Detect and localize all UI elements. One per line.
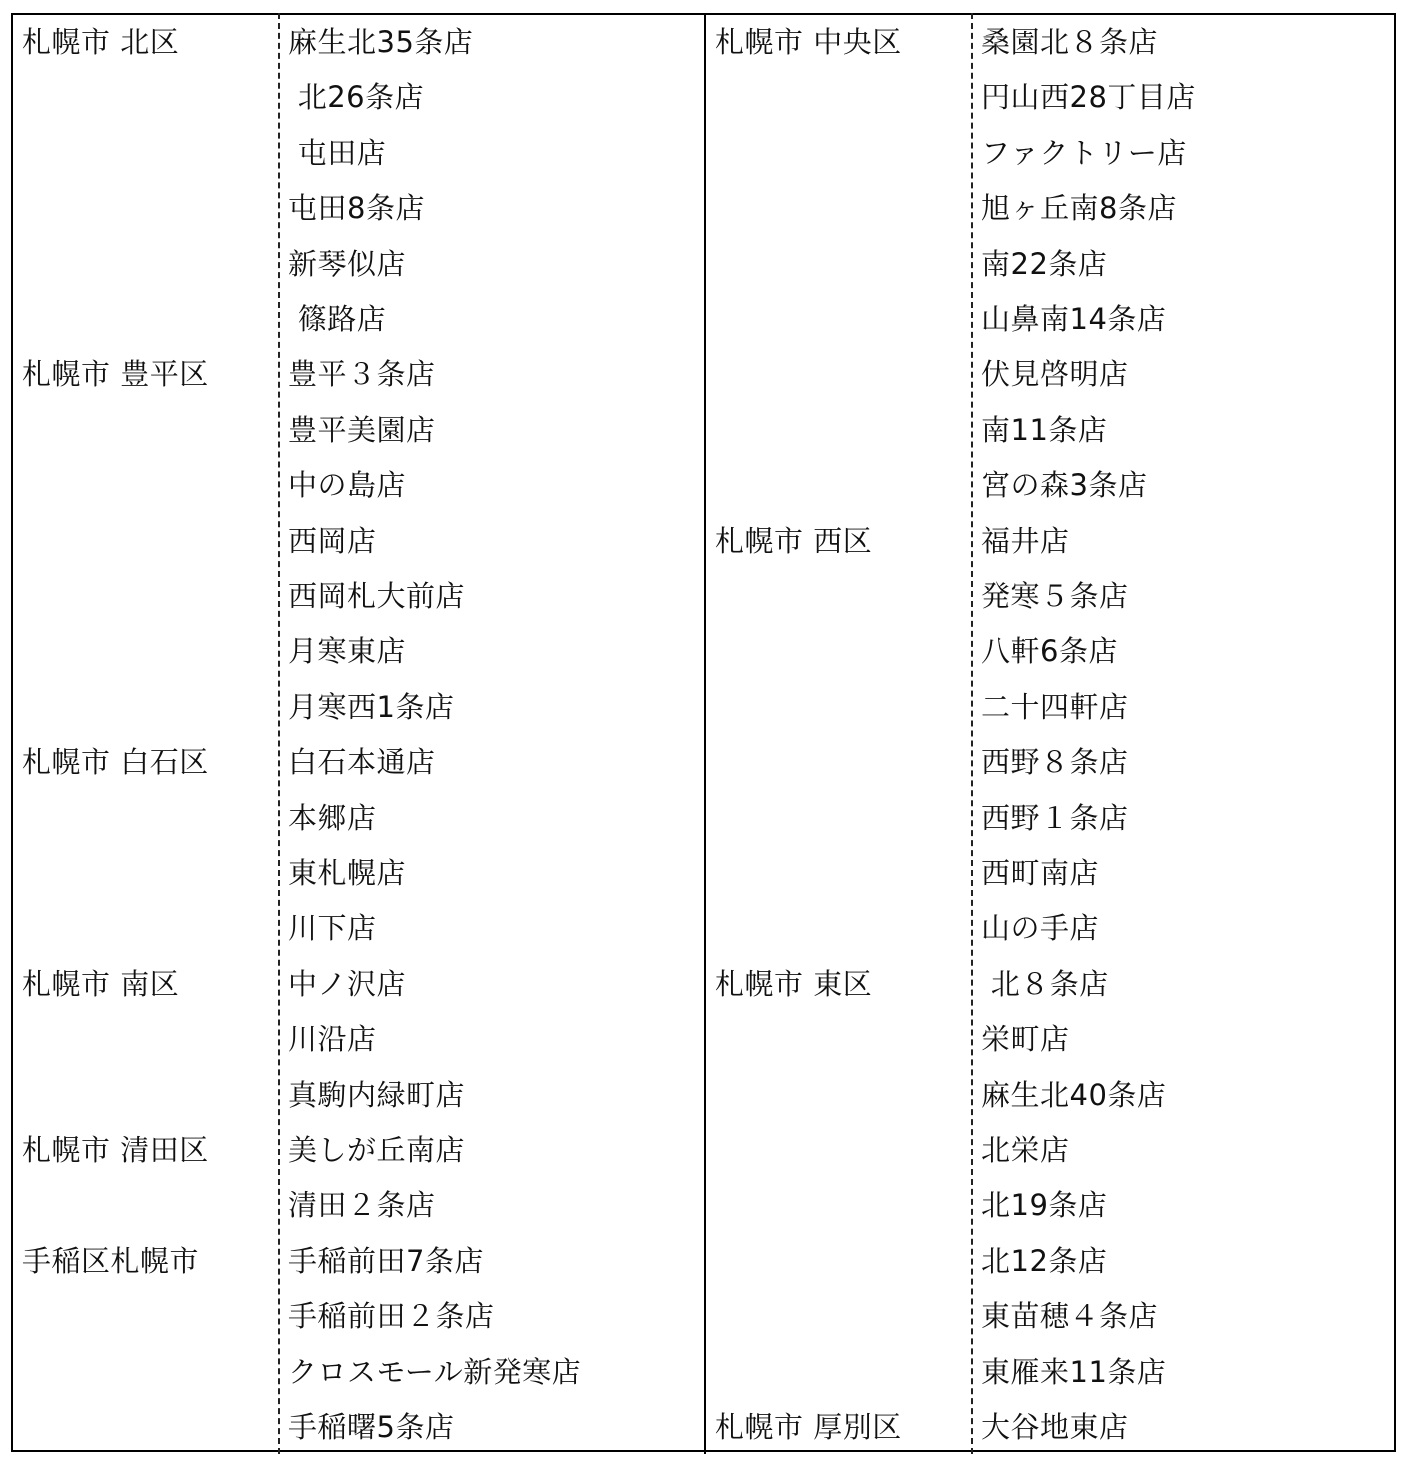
district-label: 札幌市 北区 (22, 15, 179, 70)
store-name: 二十四軒店 (981, 680, 1129, 735)
district-label: 札幌市 南区 (22, 957, 179, 1012)
store-name: 山の手店 (981, 901, 1099, 956)
store-name: 宮の森3条店 (981, 458, 1147, 513)
left-column-divider (278, 13, 280, 1454)
store-name: クロスモール新発寒店 (288, 1345, 581, 1400)
store-name: 西野８条店 (981, 735, 1129, 790)
store-name: 月寒東店 (288, 624, 406, 679)
store-name: 栄町店 (981, 1012, 1070, 1067)
store-name: 真駒内緑町店 (288, 1068, 465, 1123)
store-name: 屯田店 (288, 126, 386, 181)
store-name: 川沿店 (288, 1012, 377, 1067)
store-name: 西岡札大前店 (288, 569, 465, 624)
store-name: 手稲前田２条店 (288, 1289, 495, 1344)
district-label: 手稲区札幌市 (22, 1234, 199, 1289)
district-label: 札幌市 厚別区 (715, 1400, 902, 1455)
store-name: 川下店 (288, 901, 377, 956)
store-name: 手稲前田7条店 (288, 1234, 484, 1289)
store-name: 美しが丘南店 (288, 1123, 465, 1178)
store-name: ファクトリー店 (981, 126, 1187, 181)
store-name: 本郷店 (288, 791, 377, 846)
store-name: 南22条店 (981, 237, 1107, 292)
store-name: 手稲曙5条店 (288, 1400, 454, 1455)
district-label: 札幌市 豊平区 (22, 347, 209, 402)
store-name: 西岡店 (288, 514, 377, 569)
store-name: 東札幌店 (288, 846, 406, 901)
district-label: 札幌市 西区 (715, 514, 872, 569)
store-name: 篠路店 (288, 292, 386, 347)
store-name: 八軒6条店 (981, 624, 1118, 679)
store-name: 豊平３条店 (288, 347, 436, 402)
store-name: 屯田8条店 (288, 181, 425, 236)
district-label: 札幌市 東区 (715, 957, 872, 1012)
center-divider (704, 13, 706, 1454)
store-name: 桑園北８条店 (981, 15, 1158, 70)
store-name: 麻生北35条店 (288, 15, 473, 70)
store-name: 福井店 (981, 514, 1070, 569)
store-name: 麻生北40条店 (981, 1068, 1166, 1123)
district-label: 札幌市 中央区 (715, 15, 902, 70)
store-name: 新琴似店 (288, 237, 406, 292)
store-name: 北12条店 (981, 1234, 1107, 1289)
store-name: 中ノ沢店 (288, 957, 406, 1012)
district-label: 札幌市 清田区 (22, 1123, 209, 1178)
store-name: 北26条店 (288, 70, 424, 125)
store-name: 白石本通店 (288, 735, 436, 790)
district-label: 札幌市 白石区 (22, 735, 209, 790)
store-name: 清田２条店 (288, 1178, 436, 1233)
store-name: 北８条店 (981, 957, 1109, 1012)
store-name: 中の島店 (288, 458, 406, 513)
store-name: 伏見啓明店 (981, 347, 1129, 402)
store-name: 円山西28丁目店 (981, 70, 1196, 125)
store-name: 東苗穂４条店 (981, 1289, 1158, 1344)
store-name: 南11条店 (981, 403, 1107, 458)
store-name: 北栄店 (981, 1123, 1070, 1178)
store-name: 東雁来11条店 (981, 1345, 1166, 1400)
store-name: 西野１条店 (981, 791, 1129, 846)
store-name: 豊平美園店 (288, 403, 436, 458)
store-name: 北19条店 (981, 1178, 1107, 1233)
store-name: 発寒５条店 (981, 569, 1129, 624)
store-name: 旭ヶ丘南8条店 (981, 181, 1177, 236)
right-column-divider (971, 13, 973, 1454)
store-name: 西町南店 (981, 846, 1099, 901)
store-name: 大谷地東店 (981, 1400, 1129, 1455)
store-name: 山鼻南14条店 (981, 292, 1166, 347)
store-name: 月寒西1条店 (288, 680, 454, 735)
